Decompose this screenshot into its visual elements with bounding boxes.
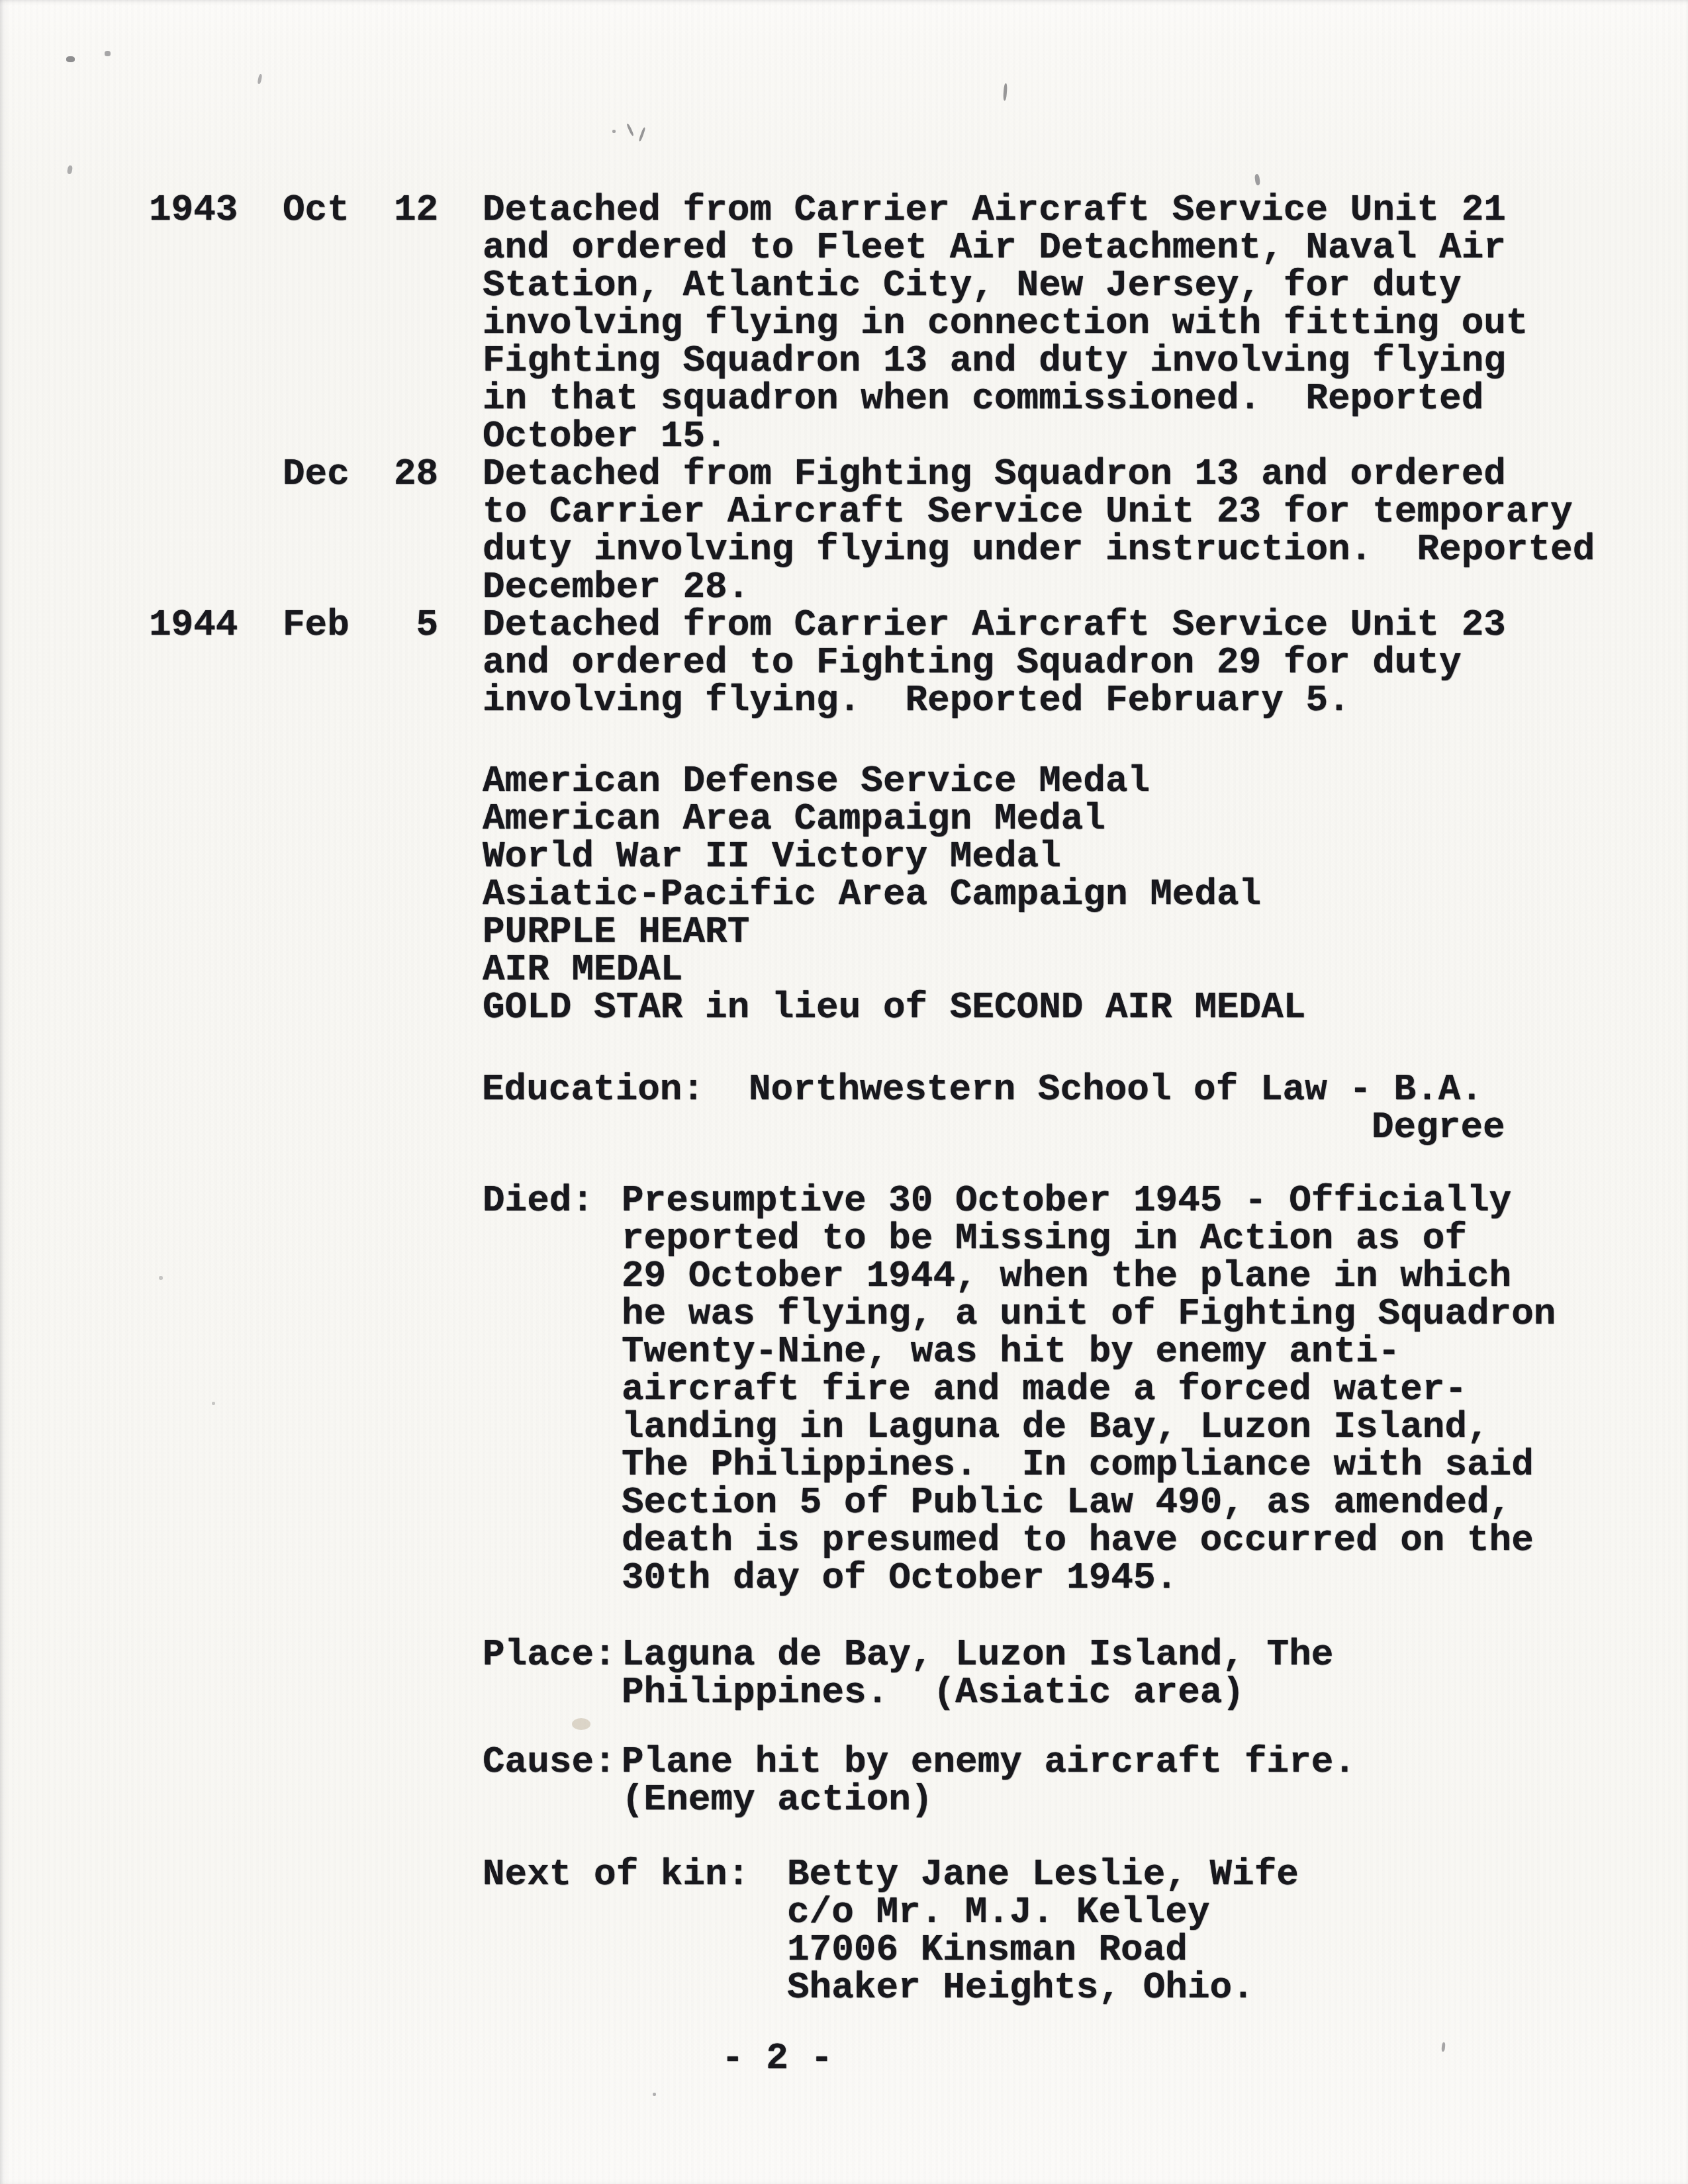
text-line: Laguna de Bay, Luzon Island, The: [622, 1636, 1648, 1674]
education-label: Education:: [482, 1071, 749, 1146]
cause-section: Cause: Plane hit by enemy aircraft fire.…: [483, 1743, 1648, 1819]
award-item: AIR MEDAL: [483, 951, 1648, 989]
entry-text: Detached from Carrier Aircraft Service U…: [483, 606, 1648, 719]
text-line: 30th day of October 1945.: [622, 1559, 1648, 1597]
service-entry: Dec 28 Detached from Fighting Squadron 1…: [149, 455, 1648, 606]
service-entry: 1943 Oct 12 Detached from Carrier Aircra…: [149, 191, 1648, 455]
scan-speck: [105, 51, 111, 56]
education-text: Northwestern School of Law - B.A. Degree: [749, 1071, 1648, 1146]
scan-speck: [257, 74, 262, 85]
entry-day: 12: [394, 191, 438, 229]
scan-speck: [653, 2093, 656, 2096]
scan-speck: [67, 165, 73, 174]
scanned-document-page: 1943 Oct 12 Detached from Carrier Aircra…: [0, 0, 1688, 2184]
text-line: Plane hit by enemy aircraft fire.: [622, 1743, 1648, 1781]
service-entry: 1944 Feb 5 Detached from Carrier Aircraf…: [149, 606, 1648, 719]
text-line: December 28.: [483, 569, 1648, 606]
scan-speck: [66, 56, 75, 62]
text-line: and ordered to Fleet Air Detachment, Nav…: [483, 229, 1648, 267]
cause-label: Cause:: [483, 1743, 622, 1819]
service-record-body: 1943 Oct 12 Detached from Carrier Aircra…: [149, 191, 1648, 2077]
text-line: and ordered to Fighting Squadron 29 for …: [483, 644, 1648, 682]
place-section: Place: Laguna de Bay, Luzon Island, The …: [483, 1636, 1648, 1711]
text-line: involving flying. Reported February 5.: [483, 682, 1648, 719]
awards-list: American Defense Service Medal American …: [483, 762, 1648, 1026]
text-line: Shaker Heights, Ohio.: [787, 1969, 1648, 2007]
award-item: PURPLE HEART: [483, 913, 1648, 951]
next-of-kin-section: Next of kin: Betty Jane Leslie, Wife c/o…: [483, 1856, 1648, 2007]
text-line: Betty Jane Leslie, Wife: [787, 1856, 1648, 1893]
text-line: death is presumed to have occurred on th…: [622, 1522, 1648, 1559]
scan-speck: [626, 123, 634, 136]
text-line: Section 5 of Public Law 490, as amended,: [622, 1484, 1648, 1522]
award-item: GOLD STAR in lieu of SECOND AIR MEDAL: [483, 989, 1648, 1026]
text-line: The Philippines. In compliance with said: [622, 1446, 1648, 1484]
text-line: in that squadron when commissioned. Repo…: [483, 380, 1648, 418]
text-line: c/o Mr. M.J. Kelley: [787, 1893, 1648, 1931]
text-line: to Carrier Aircraft Service Unit 23 for …: [483, 493, 1648, 531]
next-of-kin-label: Next of kin:: [483, 1856, 787, 2007]
died-text: Presumptive 30 October 1945 - Officially…: [622, 1182, 1648, 1597]
text-line: he was flying, a unit of Fighting Squadr…: [622, 1295, 1648, 1333]
scan-speck: [1254, 174, 1260, 186]
entry-text: Detached from Carrier Aircraft Service U…: [483, 191, 1648, 455]
text-line: landing in Laguna de Bay, Luzon Island,: [622, 1408, 1648, 1446]
entry-month: Feb: [283, 606, 394, 644]
text-line: involving flying in connection with fitt…: [483, 304, 1648, 342]
entry-month: Oct: [283, 191, 394, 229]
text-line: Detached from Fighting Squadron 13 and o…: [483, 455, 1648, 493]
page-number: - 2 -: [722, 2040, 1648, 2077]
entry-day: 28: [394, 455, 438, 493]
text-line: aircraft fire and made a forced water-: [622, 1371, 1648, 1408]
education-section: Education: Northwestern School of Law - …: [482, 1071, 1648, 1146]
text-line: Northwestern School of Law - B.A.: [749, 1071, 1648, 1109]
text-line: 29 October 1944, when the plane in which: [622, 1257, 1648, 1295]
place-text: Laguna de Bay, Luzon Island, The Philipp…: [622, 1636, 1648, 1711]
award-item: World War II Victory Medal: [483, 838, 1648, 876]
place-label: Place:: [483, 1636, 622, 1711]
died-section: Died: Presumptive 30 October 1945 - Offi…: [483, 1182, 1648, 1597]
scan-speck: [612, 130, 616, 133]
entry-month: Dec: [283, 455, 394, 493]
text-line: duty involving flying under instruction.…: [483, 531, 1648, 569]
text-line: Station, Atlantic City, New Jersey, for …: [483, 267, 1648, 304]
text-line: Twenty-Nine, was hit by enemy anti-: [622, 1333, 1648, 1371]
entry-year: 1943: [149, 191, 283, 229]
died-label: Died:: [483, 1182, 622, 1597]
scan-speck: [638, 127, 645, 142]
text-line: Degree: [749, 1109, 1648, 1146]
entry-text: Detached from Fighting Squadron 13 and o…: [483, 455, 1648, 606]
entry-day: 5: [394, 606, 438, 644]
scan-speck: [1003, 83, 1008, 101]
text-line: Detached from Carrier Aircraft Service U…: [483, 606, 1648, 644]
text-line: reported to be Missing in Action as of: [622, 1220, 1648, 1257]
text-line: October 15.: [483, 418, 1648, 455]
text-line: 17006 Kinsman Road: [787, 1931, 1648, 1969]
text-line: Presumptive 30 October 1945 - Officially: [622, 1182, 1648, 1220]
text-line: Detached from Carrier Aircraft Service U…: [483, 191, 1648, 229]
next-of-kin-text: Betty Jane Leslie, Wife c/o Mr. M.J. Kel…: [787, 1856, 1648, 2007]
text-line: (Enemy action): [622, 1781, 1648, 1819]
service-history: 1943 Oct 12 Detached from Carrier Aircra…: [149, 191, 1648, 719]
award-item: American Area Campaign Medal: [483, 800, 1648, 838]
award-item: American Defense Service Medal: [483, 762, 1648, 800]
award-item: Asiatic-Pacific Area Campaign Medal: [483, 876, 1648, 913]
text-line: Philippines. (Asiatic area): [622, 1674, 1648, 1711]
cause-text: Plane hit by enemy aircraft fire. (Enemy…: [622, 1743, 1648, 1819]
entry-year: 1944: [149, 606, 283, 644]
text-line: Fighting Squadron 13 and duty involving …: [483, 342, 1648, 380]
